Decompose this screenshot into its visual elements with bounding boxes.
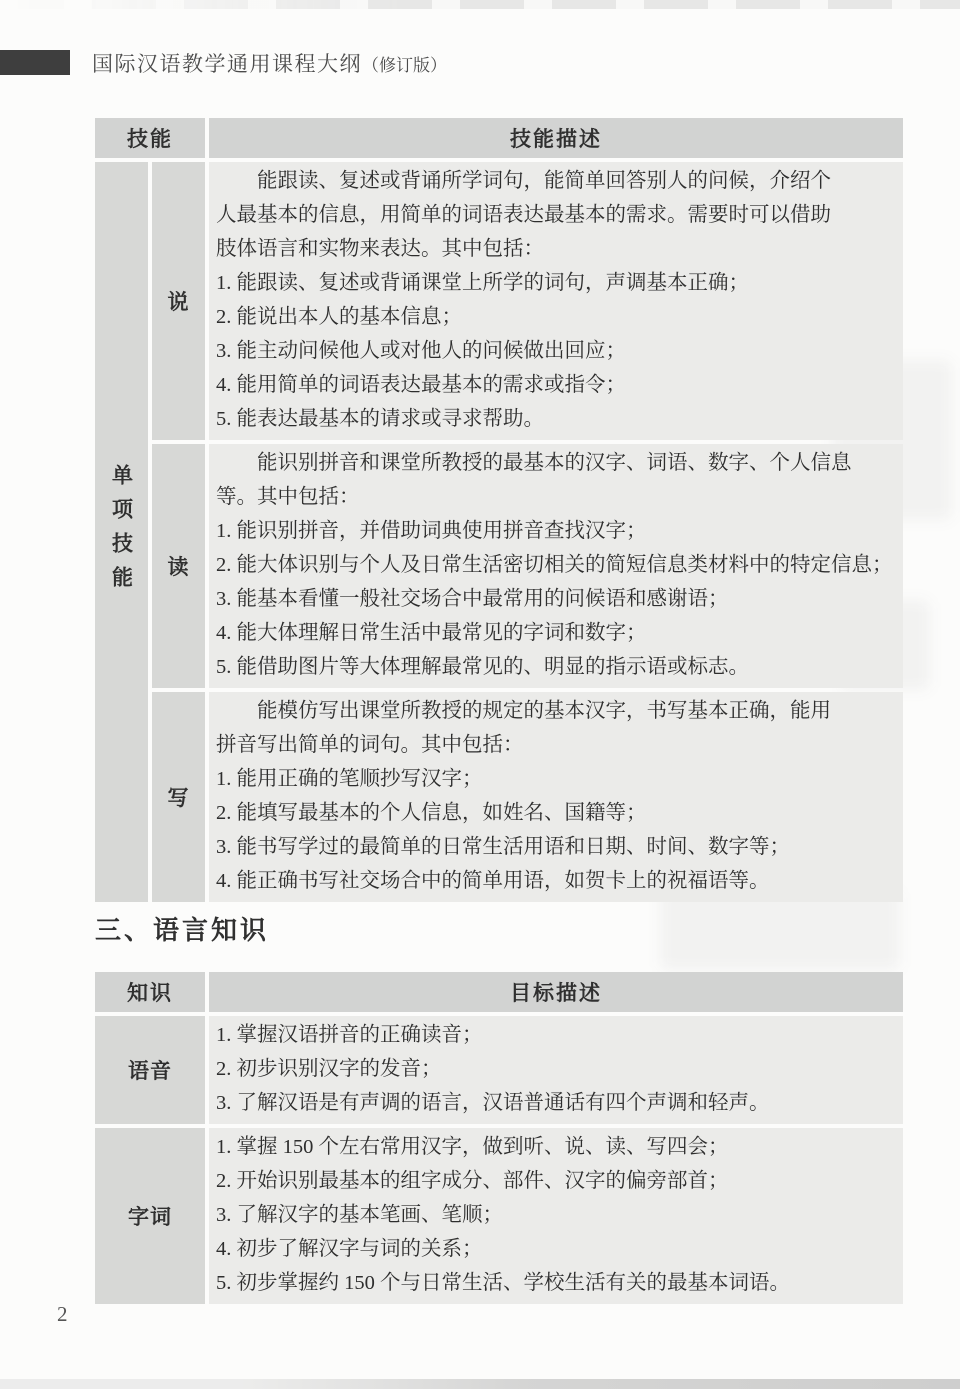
knowledge-label-phonetics: 语音 bbox=[95, 1016, 205, 1124]
knowledge-table-header-target: 目标描述 bbox=[209, 972, 903, 1012]
desc-item: 2. 能填写最基本的个人信息，如姓名、国籍等； bbox=[216, 796, 895, 830]
skill-desc-reading: 能识别拼音和课堂所教授的最基本的汉字、词语、数字、个人信息 等。其中包括： 1.… bbox=[209, 444, 903, 688]
desc-item: 2. 能大体识别与个人及日常生活密切相关的简短信息类材料中的特定信息； bbox=[216, 548, 895, 582]
skills-group-cell: 单项技能 bbox=[95, 162, 148, 902]
desc-line: 人最基本的信息，用简单的词语表达最基本的需求。需要时可以借助 bbox=[216, 198, 895, 232]
scanned-document-page: 国际汉语教学通用课程大纲（修订版） 技能 技能描述 单项技能 说 能跟读、复述或… bbox=[0, 0, 960, 1389]
skills-table-header-description: 技能描述 bbox=[209, 118, 903, 158]
skill-label-reading: 读 bbox=[152, 444, 205, 688]
desc-item: 5. 能表达最基本的请求或寻求帮助。 bbox=[216, 402, 895, 436]
desc-item: 3. 能主动问候他人或对他人的问候做出回应； bbox=[216, 334, 895, 368]
skill-label-speaking: 说 bbox=[152, 162, 205, 440]
section-heading: 三、语言知识 bbox=[95, 910, 269, 947]
desc-item: 1. 能用正确的笔顺抄写汉字； bbox=[216, 762, 895, 796]
knowledge-table: 知识 目标描述 语音 1. 掌握汉语拼音的正确读音； 2. 初步识别汉字的发音；… bbox=[95, 972, 903, 1304]
skills-group-label: 单项技能 bbox=[107, 464, 137, 600]
knowledge-label-characters-words: 字词 bbox=[95, 1128, 205, 1304]
page-number: 2 bbox=[57, 1302, 68, 1327]
running-head-title: 国际汉语教学通用课程大纲（修订版） bbox=[92, 49, 447, 77]
desc-line: 等。其中包括： bbox=[216, 480, 895, 514]
scan-edge-artifact-bottom bbox=[0, 1379, 960, 1389]
skill-desc-writing: 能模仿写出课堂所教授的规定的基本汉字，书写基本正确，能用 拼音写出简单的词句。其… bbox=[209, 692, 903, 902]
desc-item: 5. 能借助图片等大体理解最常见的、明显的指示语或标志。 bbox=[216, 650, 895, 684]
desc-line: 能模仿写出课堂所教授的规定的基本汉字，书写基本正确，能用 bbox=[216, 694, 895, 728]
desc-item: 1. 掌握汉语拼音的正确读音； bbox=[216, 1018, 895, 1052]
desc-item: 5. 初步掌握约 150 个与日常生活、学校生活有关的最基本词语。 bbox=[216, 1266, 895, 1300]
desc-line: 能识别拼音和课堂所教授的最基本的汉字、词语、数字、个人信息 bbox=[216, 446, 895, 480]
desc-line: 肢体语言和实物来表达。其中包括： bbox=[216, 232, 895, 266]
knowledge-desc-characters-words: 1. 掌握 150 个左右常用汉字，做到听、说、读、写四会； 2. 开始识别最基… bbox=[209, 1128, 903, 1304]
desc-item: 4. 能大体理解日常生活中最常见的字词和数字； bbox=[216, 616, 895, 650]
book-title: 国际汉语教学通用课程大纲 bbox=[92, 48, 362, 78]
desc-item: 3. 了解汉字的基本笔画、笔顺； bbox=[216, 1198, 895, 1232]
desc-item: 3. 了解汉语是有声调的语言，汉语普通话有四个声调和轻声。 bbox=[216, 1086, 895, 1120]
desc-item: 1. 掌握 150 个左右常用汉字，做到听、说、读、写四会； bbox=[216, 1130, 895, 1164]
desc-item: 4. 能用简单的词语表达最基本的需求或指令； bbox=[216, 368, 895, 402]
knowledge-table-header-knowledge: 知识 bbox=[95, 972, 205, 1012]
desc-item: 2. 开始识别最基本的组字成分、部件、汉字的偏旁部首； bbox=[216, 1164, 895, 1198]
chapter-marker-bar bbox=[0, 50, 70, 75]
desc-line: 能跟读、复述或背诵所学词句，能简单回答别人的问候，介绍个 bbox=[216, 164, 895, 198]
desc-line: 拼音写出简单的词句。其中包括： bbox=[216, 728, 895, 762]
desc-item: 2. 初步识别汉字的发音； bbox=[216, 1052, 895, 1086]
desc-item: 4. 能正确书写社交场合中的简单用语，如贺卡上的祝福语等。 bbox=[216, 864, 895, 898]
scan-edge-artifact-top bbox=[0, 0, 960, 9]
desc-item: 2. 能说出本人的基本信息； bbox=[216, 300, 895, 334]
book-title-suffix: （修订版） bbox=[362, 51, 447, 76]
skills-table-header-skill: 技能 bbox=[95, 118, 205, 158]
skill-label-writing: 写 bbox=[152, 692, 205, 902]
knowledge-desc-phonetics: 1. 掌握汉语拼音的正确读音； 2. 初步识别汉字的发音； 3. 了解汉语是有声… bbox=[209, 1016, 903, 1124]
desc-item: 4. 初步了解汉字与词的关系； bbox=[216, 1232, 895, 1266]
desc-item: 1. 能识别拼音，并借助词典使用拼音查找汉字； bbox=[216, 514, 895, 548]
skills-table: 技能 技能描述 单项技能 说 能跟读、复述或背诵所学词句，能简单回答别人的问候，… bbox=[95, 118, 903, 902]
desc-item: 3. 能书写学过的最简单的日常生活用语和日期、时间、数字等； bbox=[216, 830, 895, 864]
desc-item: 3. 能基本看懂一般社交场合中最常用的问候语和感谢语； bbox=[216, 582, 895, 616]
page-bleed-ghost bbox=[660, 890, 900, 970]
skill-desc-speaking: 能跟读、复述或背诵所学词句，能简单回答别人的问候，介绍个 人最基本的信息，用简单… bbox=[209, 162, 903, 440]
desc-item: 1. 能跟读、复述或背诵课堂上所学的词句，声调基本正确； bbox=[216, 266, 895, 300]
